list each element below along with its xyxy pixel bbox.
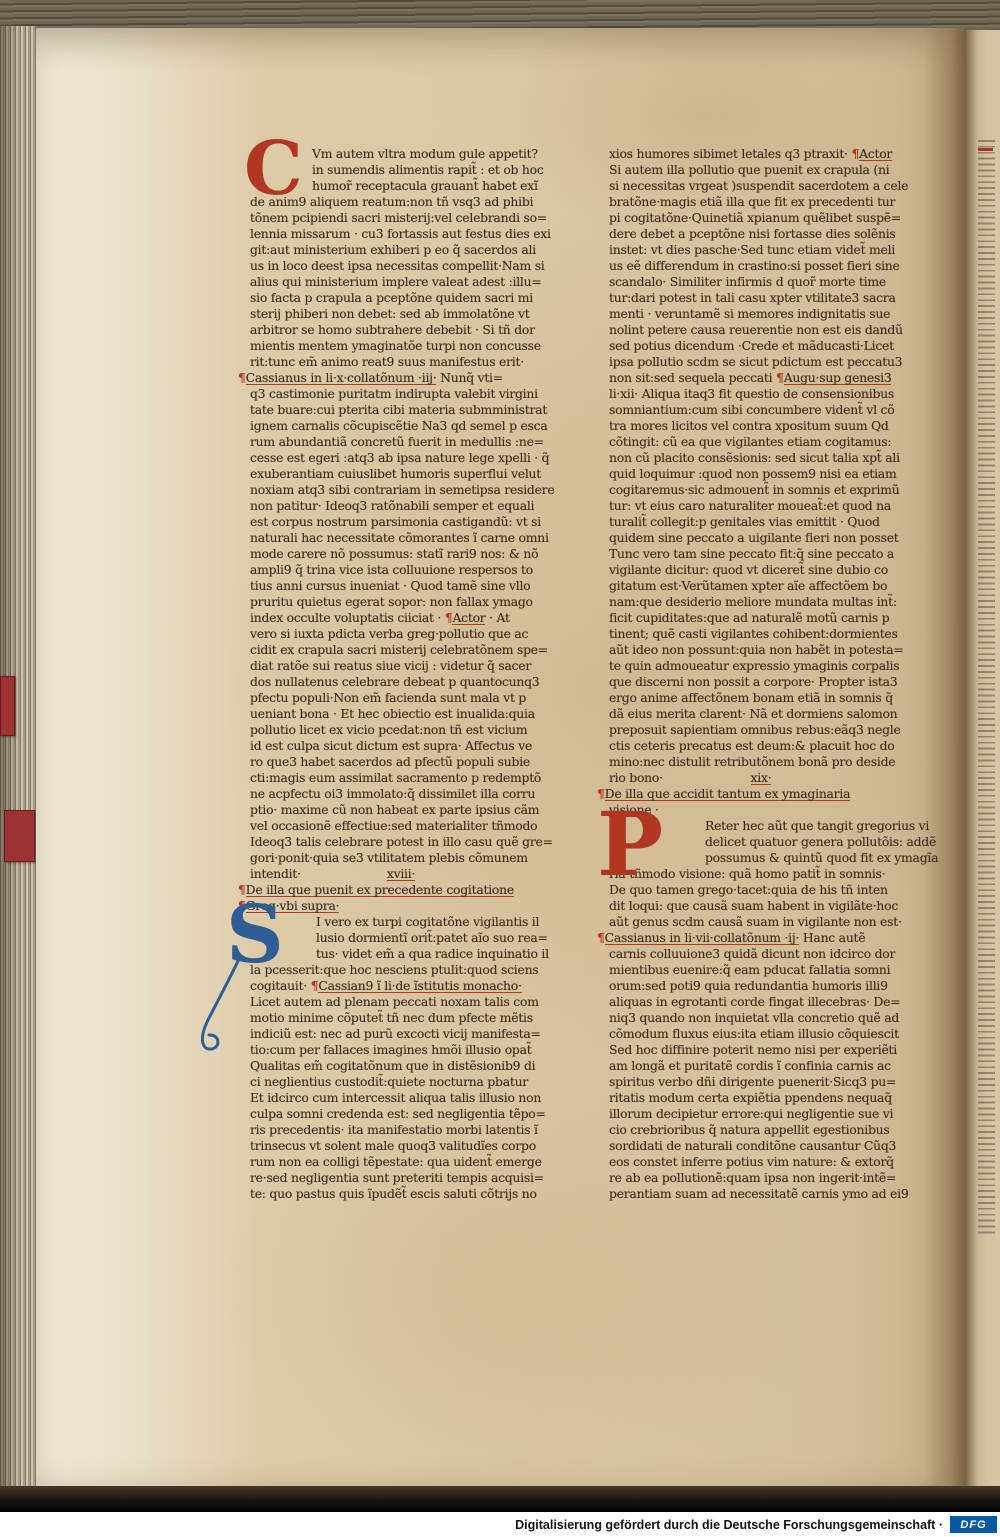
text-line: niq3 quando non inquietat vlla concretio… [609, 1010, 913, 1026]
rubricated-text: Actor [859, 146, 892, 161]
text-line: instet: vt dies pasche·Sed tunc etiam vi… [609, 242, 913, 258]
text-line: index occulte voluptatis ciiciat · ¶Acto… [250, 610, 552, 626]
text-line: cõmodum fluxus eius:ita etiam illusio cõ… [609, 1026, 913, 1042]
text-line: mode carere nõ possumus: statĩ rari9 nos… [250, 546, 552, 562]
book-page-edges [0, 26, 36, 1504]
text-line: cti:magis eum assimilat sacramento p red… [250, 770, 552, 786]
text-line: te: quo pastus quis ĩpudẽt̃ escis saluti… [250, 1186, 552, 1202]
text-line: tinent; quẽ casti vigilantes cohibent:do… [609, 626, 913, 642]
text-line: mientibus euenire:q̃ eam pducat fallatia… [609, 962, 913, 978]
text-line: Et idcirco cum intercessit aliqua talis … [250, 1090, 552, 1106]
text-line: tio:cum per fallaces imagines hmõi illus… [250, 1042, 552, 1058]
text-line: tõnem pcipiendi sacri misterij:vel celeb… [250, 210, 552, 226]
text-line: dã eius merita clarent· Nã et dormiens s… [609, 706, 913, 722]
text-line: vel occasionẽ effectiue:sed materialiter… [250, 818, 552, 834]
text-line: cio crebrioribus q̃ natura appellit eges… [609, 1122, 913, 1138]
text-line: exuberantiam cuiuslibet humoris superflu… [250, 466, 552, 482]
text-line: rum non ea colligi tẽpestate: qua uident… [250, 1154, 552, 1170]
text-line: non sit:sed sequela peccati ¶Augu·sup ge… [609, 370, 913, 386]
text-line: Ideoq3 talis celebrare potest in illo ca… [250, 834, 552, 850]
gutter-shadow [924, 28, 966, 1492]
rubricated-text: De illa que puenit ex precedente cogitat… [246, 882, 514, 897]
text-line: us eẽ differendum in crastino:si posset … [609, 258, 913, 274]
text-line: perantiam suam ad necessitatẽ carnis ymo… [609, 1186, 913, 1202]
text-line: indiciũ est: nec ad purũ excocti vicij m… [250, 1026, 552, 1042]
text-line: ergo anime affectõnem bonam etiã in somn… [609, 690, 913, 706]
text-line: si necessitas vrgeat )suspendit sacerdot… [609, 178, 913, 194]
text-line: tus· videt em̃ a qua radice inquinatio i… [250, 946, 552, 962]
text-line: pi cogitatõne·Quinetiã xpianum quẽlibet … [609, 210, 913, 226]
text-line: ficit cupiditates:que ad naturalẽ motũ c… [609, 610, 913, 626]
text-line: cidit ex crapula sacri misterij celebrat… [250, 642, 552, 658]
text-line: sed potius dicendum ·Crede et mãducasti·… [609, 338, 913, 354]
text-column-right: xios humores sibimet letales q3 ptraxit·… [609, 146, 913, 1206]
text-line: pfectu populi·Non em̃ facienda sunt mala… [250, 690, 552, 706]
text-line: gori·ponit·quia se3 vtilitatem plebis cõ… [250, 850, 552, 866]
rubricated-text: Augu·sup genesi3 [784, 370, 892, 385]
text-line: tra mores licitos vel contra xpositum su… [609, 418, 913, 434]
rubricated-text: Cassian9 ĩ li·de ĩstitutis monacho· [318, 978, 521, 993]
text-line: menti · veruntamẽ si memores indignitati… [609, 306, 913, 322]
text-line: sterij phiberi non debet: sed ab immolat… [250, 306, 552, 322]
text-line: ignem carnalis cõcupiscẽtie Na3 qd semel… [250, 418, 552, 434]
illuminated-initial-p: P [597, 810, 663, 879]
dfg-logo: DFG [950, 1516, 997, 1533]
rubricated-text: Actor [452, 610, 485, 625]
text-line: vero si iuxta pdicta verba greg·pollutio… [250, 626, 552, 642]
text-line: bratõne·magis etiã illa que fit ex prece… [609, 194, 913, 210]
footer-credit: Digitalisierung gefördert durch die Deut… [515, 1518, 943, 1532]
pilcrow-icon: ¶ [238, 370, 246, 385]
text-line: tur:dari potest in tali casu xpter vtili… [609, 290, 913, 306]
text-line: motio minime cõputet̃ tñ nec dum pfecte … [250, 1010, 552, 1026]
book-bottom-shadow [0, 1486, 1000, 1512]
text-line: ci neglientius custodit̃:quiete nocturna… [250, 1074, 552, 1090]
text-line: ro que3 habet sacerdos ad pfectũ populi … [250, 754, 552, 770]
rubricated-text: xix· [751, 770, 772, 785]
text-line: Sed hoc diffinire poterit nemo nisi per … [609, 1042, 913, 1058]
text-line: aũt genus scdm causã suam in vigilante n… [609, 914, 913, 930]
text-line: nolint petere causa reuerentie non est e… [609, 322, 913, 338]
text-line: naturali hac necessitate cõmorantes ĩ ca… [250, 530, 552, 546]
text-line: ¶Cassianus in li·x·collatõnum ·iij· Nunq… [250, 370, 552, 386]
text-line: ptio· maxime cũ non habeat ex parte ipsi… [250, 802, 552, 818]
text-line: cõtingit: cũ ea que vigilantes etiam cog… [609, 434, 913, 450]
text-line: scandalo· Similiter infirmis d quor̃ mor… [609, 274, 913, 290]
text-line: ¶Greg·vbi supra· [250, 898, 552, 914]
text-line: est corpus nostrum parsimonia castigandũ… [250, 514, 552, 530]
text-line: cogitaremus·sic admouent̃ in somnis et e… [609, 482, 913, 498]
text-line: re ab ea pollutionẽ:quam ipsa non ingeri… [609, 1170, 913, 1186]
text-line: carnis colluuione3 quidã dicunt non idci… [609, 946, 913, 962]
text-line: us in loco deest ipsa necessitas compell… [250, 258, 552, 274]
text-line: sordidati de naturali conditõne causantu… [609, 1138, 913, 1154]
text-line: vigilante dicitur: quod vt diceret̃ sine… [609, 562, 913, 578]
text-line: id est culpa sicut dictum est supra· Aff… [250, 738, 552, 754]
text-line: nam:que desiderio meliore mundata multas… [609, 594, 913, 610]
text-line: q3 castimonie puritatm indirupta valebit… [250, 386, 552, 402]
bookmark-tab-lower [4, 810, 35, 862]
text-line: turalit̃ collegit:p genitales vias emitt… [609, 514, 913, 530]
text-line: re·sed negligentia sunt preteriti tempis… [250, 1170, 552, 1186]
text-line: aliquas in egrotanti corde fingat illece… [609, 994, 913, 1010]
chapter-number: xix· [609, 770, 913, 786]
text-line: Qualitas em̃ cogitatõnum que in distẽsio… [250, 1058, 552, 1074]
text-line: tate buare:cui pterita cibi materia subm… [250, 402, 552, 418]
text-line: rit:tunc em̃ animo reat9 suus manifestus… [250, 354, 552, 370]
facing-page-sliver [966, 30, 1000, 1490]
pilcrow-icon: ¶ [776, 370, 784, 385]
chapter-number-line: intendit·xviii· [250, 866, 552, 882]
text-line: li·xii· Aliqua itaq3 fit questio de cons… [609, 386, 913, 402]
text-line: non cũ placito consẽsionis: sed sicut ta… [609, 450, 913, 466]
text-line: diat ratõe sui reatus siue vicij : videt… [250, 658, 552, 674]
text-line: ¶Cassianus in li·vii·collatõnum ·ij· Han… [609, 930, 913, 946]
text-line: cogitauit· ¶Cassian9 ĩ li·de ĩstitutis m… [250, 978, 552, 994]
text-line: Tunc vero tam sine peccato fit:q̃ sine p… [609, 546, 913, 562]
footer-bar: Digitalisierung gefördert durch die Deut… [0, 1512, 1000, 1537]
text-line: dos nullatenus celebrare debeat p quanto… [250, 674, 552, 690]
pilcrow-icon: ¶ [851, 146, 859, 161]
chapter-number: xviii· [250, 866, 552, 882]
text-line: quidem sine peccato a uigilante fieri no… [609, 530, 913, 546]
text-line: la pcesserit:que hoc nesciens ptulit:quo… [250, 962, 552, 978]
text-line: ctis ceteris precatus est deum:& placuit… [609, 738, 913, 754]
text-line: tur: vt eius caro naturaliter moueat̃:et… [609, 498, 913, 514]
text-line: somniantium:cum sibi concumbere vident̃ … [609, 402, 913, 418]
facing-page-text [978, 140, 995, 1235]
rubricated-text: Cassianus in li·x·collatõnum ·iij· [246, 370, 437, 385]
text-line: orum:sed poti9 quia redundantia humoris … [609, 978, 913, 994]
rubricated-text: xviii· [387, 866, 415, 881]
rubricated-text: Cassianus in li·vii·collatõnum ·ij· [605, 930, 800, 945]
text-line: gitatum est·Verũtamen xpter aĩe affectõe… [609, 578, 913, 594]
text-line: rum abundantiã concretũ fuerit in medull… [250, 434, 552, 450]
text-line: trinsecus vt solent male quoq3 valitudĩe… [250, 1138, 552, 1154]
text-line: Si autem illa pollutio que puenit ex cra… [609, 162, 913, 178]
illuminated-initial-c: C [244, 141, 303, 199]
text-line: dit loqui: que causã suam habent in vigi… [609, 898, 913, 914]
text-line: dere debet a pceptõne nisi fortasse dies… [609, 226, 913, 242]
text-line: cesse est egeri :atq3 ab ipsa nature leg… [250, 450, 552, 466]
text-line: arbitror se homo subtrahere debebit · Si… [250, 322, 552, 338]
text-line: spiritus verbo dñi dirigente puenerit·Si… [609, 1074, 913, 1090]
text-line: ueniant bona · Et hec obiectio est inual… [250, 706, 552, 722]
text-line: noxiam atq3 sibi contrariam in semetipsa… [250, 482, 552, 498]
text-line: Licet autem ad plenam peccati noxam tali… [250, 994, 552, 1010]
text-line: pruritu quietus egerat sopor: non fallax… [250, 594, 552, 610]
text-line: ne acpfectu oi3 immolato:q̃ dissimilet i… [250, 786, 552, 802]
text-line: non patitur· Ideoq3 ratõnabili semper et… [250, 498, 552, 514]
text-column-left: Vm autem vltra modum gule appetit?in sum… [250, 146, 552, 1206]
text-line: git:aut ministerium exhiberi p eo q̃ sac… [250, 242, 552, 258]
text-line: aũt ideo non possunt:quia non habẽt in p… [609, 642, 913, 658]
illuminated-initial-s: S [226, 903, 284, 965]
text-line: eos constet inferre potius vim nature: &… [609, 1154, 913, 1170]
bookmark-tab-upper [0, 676, 15, 736]
text-line: tius anni cursus inueniat · Quod tamẽ si… [250, 578, 552, 594]
chapter-number-line: rio bono·xix· [609, 770, 913, 786]
text-line: te quin admoueatur expressio ymaginis co… [609, 658, 913, 674]
facing-page-rubric-mark [978, 148, 993, 151]
text-line: ampli9 q̃ trina vice ista colluuione res… [250, 562, 552, 578]
text-line: que discerni non possit a corpore· Propt… [609, 674, 913, 690]
text-line: am longã et puritatẽ cordis ĩ confinia c… [609, 1058, 913, 1074]
text-line: mino:nec distulit retributõnem bonã pro … [609, 754, 913, 770]
text-line: quid loquimur :quod non possem9 nisi ea … [609, 466, 913, 482]
text-line: ris precedentis· ita manifestatio morbi … [250, 1122, 552, 1138]
text-line: I vero ex turpi cogitatõne vigilantis il [250, 914, 552, 930]
text-line: culpa somni credenda est: sed negligenti… [250, 1106, 552, 1122]
pilcrow-icon: ¶ [597, 930, 605, 945]
text-line: preposuit sapientiam omnibus rebus:eãq3 … [609, 722, 913, 738]
text-line: ritatis modum certa expiẽtia ppendens ne… [609, 1090, 913, 1106]
text-line: ipsa pollutio scdm se sicut pdictum est … [609, 354, 913, 370]
manuscript-photo: Vm autem vltra modum gule appetit?in sum… [0, 0, 1000, 1537]
text-line: mientis mentem ymaginatõe turpi non conc… [250, 338, 552, 354]
text-line: lusio dormientĩ orit̃:patet aĩo suo rea= [250, 930, 552, 946]
text-line: lennia missarum · cu3 fortassis aut fest… [250, 226, 552, 242]
text-line: alius qui ministerium implere valeat ade… [250, 274, 552, 290]
text-line: illorum decipietur errore:qui negligenti… [609, 1106, 913, 1122]
text-line: sio facta p crapula a pceptõne quidem sa… [250, 290, 552, 306]
text-line: xios humores sibimet letales q3 ptraxit·… [609, 146, 913, 162]
text-line: pollutio licet ex vicio pcedat:non tñ es… [250, 722, 552, 738]
text-line: ¶De illa que puenit ex precedente cogita… [250, 882, 552, 898]
